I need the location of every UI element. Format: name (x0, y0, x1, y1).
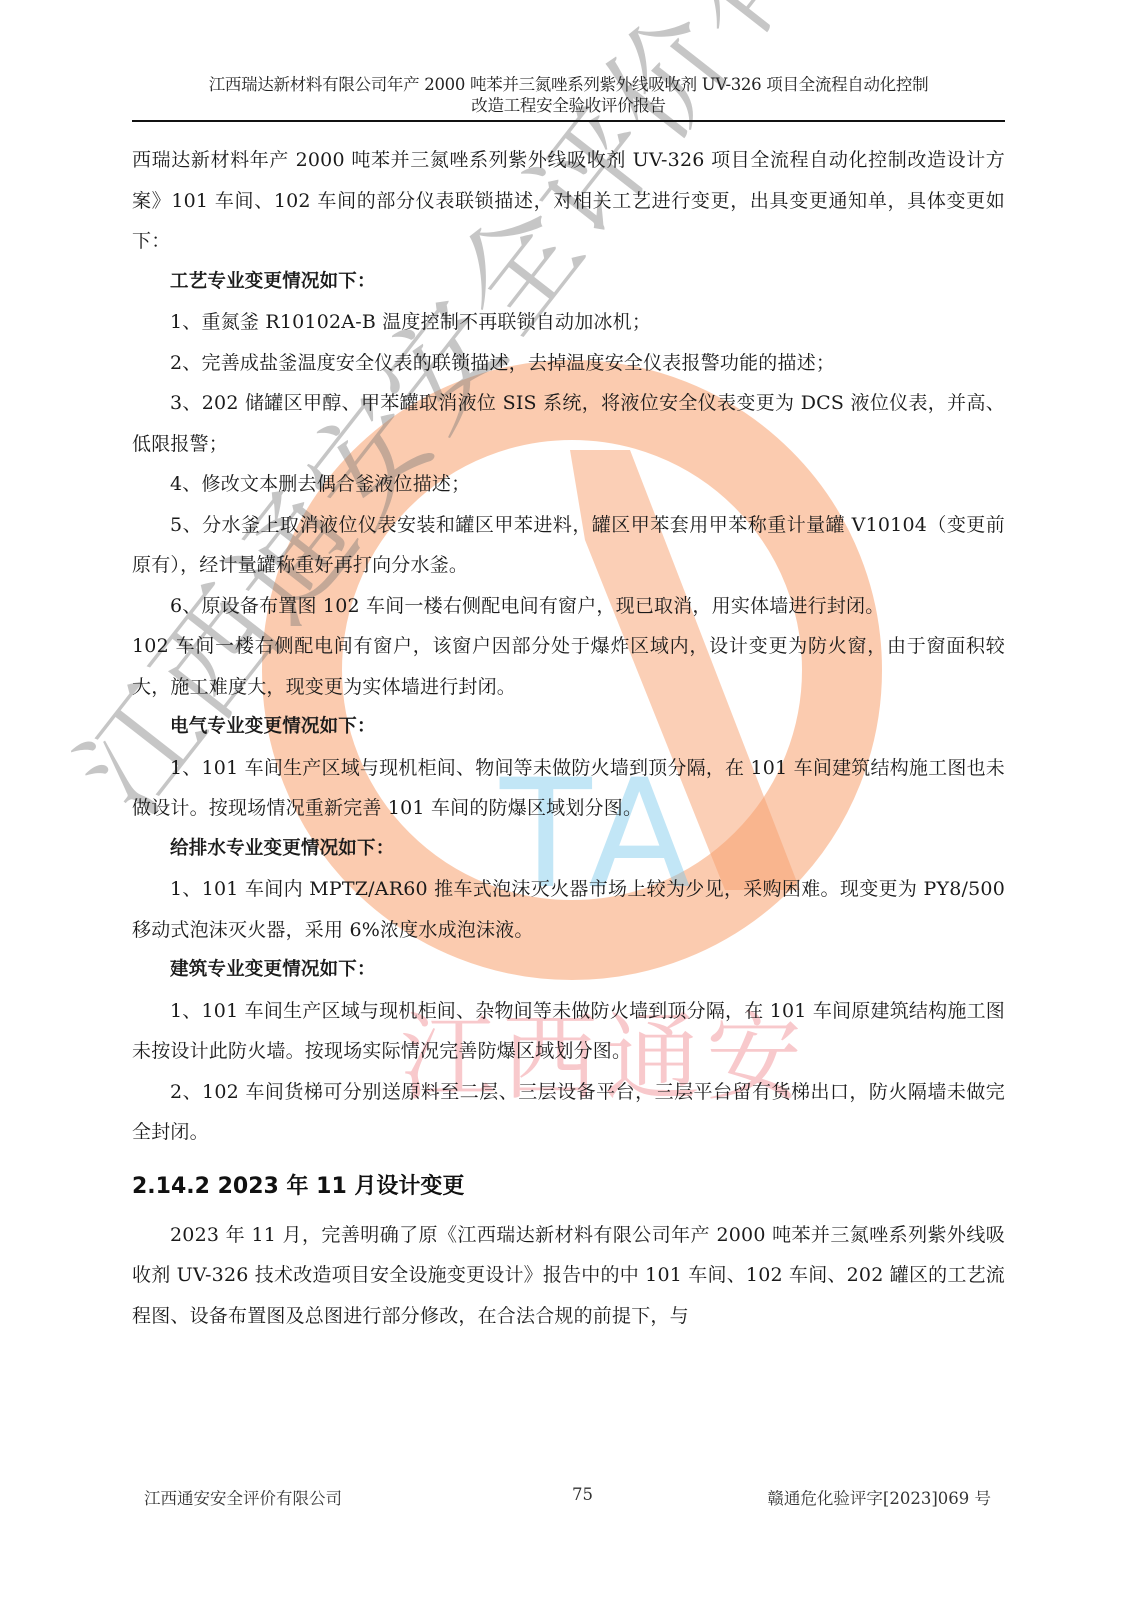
header-divider (132, 120, 1005, 122)
process-item-1: 1、重氮釜 R10102A-B 温度控制不再联锁自动加冰机； (132, 302, 1005, 343)
document-page: TA 江西通安 江西通安安全评价有限公司 江西瑞达新材料有限公司年产 2000 … (0, 0, 1131, 1600)
water-item-1: 1、101 车间内 MPTZ/AR60 推车式泡沫灭火器市场上较为少见，采购困难… (132, 869, 1005, 950)
process-item-5: 5、分水釜上取消液位仪表安装和罐区甲苯进料，罐区甲苯套用甲苯称重计量罐 V101… (132, 505, 1005, 586)
water-heading: 给排水专业变更情况如下： (132, 829, 1005, 870)
electrical-item-1: 1、101 车间生产区域与现机柜间、物间等未做防火墙到顶分隔，在 101 车间建… (132, 748, 1005, 829)
running-header: 江西瑞达新材料有限公司年产 2000 吨苯并三氮唑系列紫外线吸收剂 UV-326… (132, 74, 1005, 116)
footer-doc-number: 赣通危化验评字[2023]069 号 (767, 1485, 991, 1509)
page-number: 75 (572, 1485, 593, 1504)
process-item-4: 4、修改文本删去偶合釜液位描述； (132, 464, 1005, 505)
intro-paragraph: 西瑞达新材料年产 2000 吨苯并三氮唑系列紫外线吸收剂 UV-326 项目全流… (132, 140, 1005, 262)
page-footer: 江西通安安全评价有限公司 75 赣通危化验评字[2023]069 号 (132, 1485, 1005, 1509)
building-item-1: 1、101 车间生产区域与现机柜间、杂物间等未做防火墙到顶分隔，在 101 车间… (132, 991, 1005, 1072)
process-heading: 工艺专业变更情况如下： (132, 262, 1005, 303)
process-item-3: 3、202 储罐区甲醇、甲苯罐取消液位 SIS 系统，将液位安全仪表变更为 DC… (132, 383, 1005, 464)
section-title: 2.14.2 2023 年 11 月设计变更 (132, 1159, 1005, 1215)
section-paragraph: 2023 年 11 月，完善明确了原《江西瑞达新材料有限公司年产 2000 吨苯… (132, 1215, 1005, 1337)
building-heading: 建筑专业变更情况如下： (132, 950, 1005, 991)
process-item-2: 2、完善成盐釜温度安全仪表的联锁描述，去掉温度安全仪表报警功能的描述； (132, 343, 1005, 384)
process-item-6: 6、原设备布置图 102 车间一楼右侧配电间有窗户，现已取消，用实体墙进行封闭。 (132, 586, 1005, 627)
process-item-6-detail: 102 车间一楼右侧配电间有窗户，该窗户因部分处于爆炸区域内，设计变更为防火窗，… (132, 626, 1005, 707)
header-line-1: 江西瑞达新材料有限公司年产 2000 吨苯并三氮唑系列紫外线吸收剂 UV-326… (132, 74, 1005, 95)
header-line-2: 改造工程安全验收评价报告 (132, 95, 1005, 116)
electrical-heading: 电气专业变更情况如下： (132, 707, 1005, 748)
document-body: 西瑞达新材料年产 2000 吨苯并三氮唑系列紫外线吸收剂 UV-326 项目全流… (132, 140, 1005, 1336)
footer-company: 江西通安安全评价有限公司 (144, 1485, 342, 1509)
building-item-2: 2、102 车间货梯可分别送原料至二层、三层设备平台，三层平台留有货梯出口，防火… (132, 1072, 1005, 1153)
